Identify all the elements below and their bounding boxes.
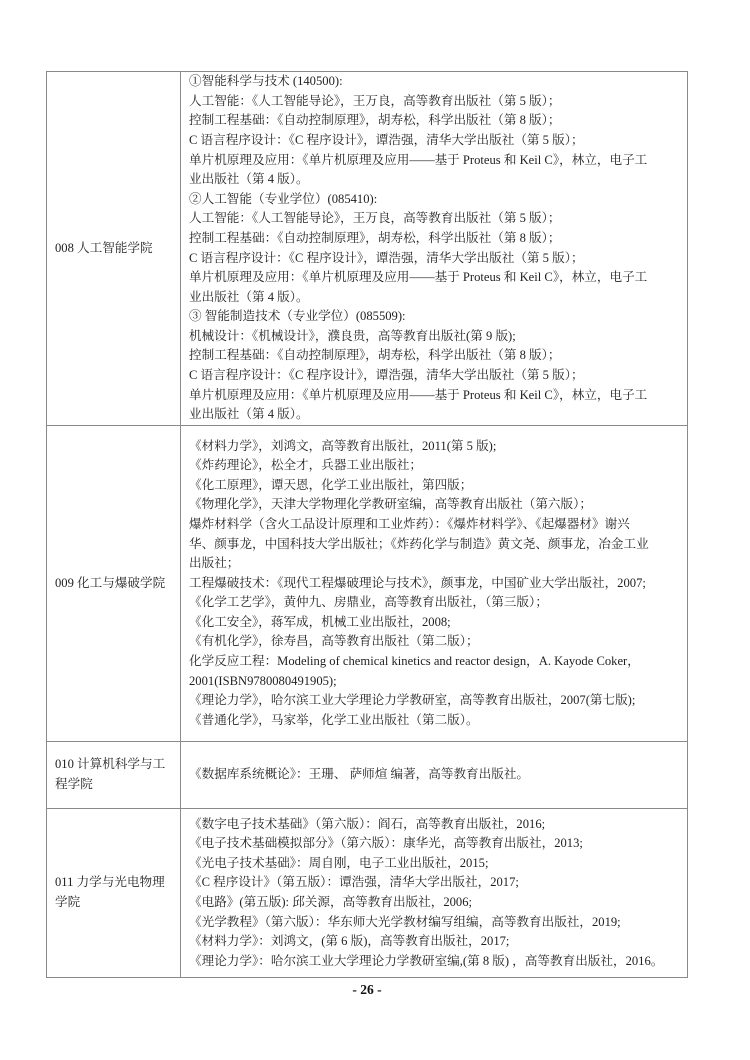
college-label-line: 009 化工与爆破学院 — [55, 574, 165, 594]
books-cell: ①智能科学与技术 (140500): 人工智能：《人工智能导论》，王万良，高等教… — [181, 72, 687, 425]
book-line: 人工智能：《人工智能导论》，王万良，高等教育出版社（第 5 版）； — [189, 92, 685, 112]
book-line: 控制工程基础：《自动控制原理》，胡寿松，科学出版社（第 8 版）； — [189, 229, 685, 249]
table-row: 008 人工智能学院 ①智能科学与技术 (140500): 人工智能：《人工智能… — [47, 72, 687, 425]
page-number: - 26 - — [46, 982, 688, 998]
books-cell: 《数据库系统概论》：王珊、 萨师煊 编著，高等教育出版社。 — [181, 742, 687, 808]
college-label: 010 计算机科学与工 程学院 — [55, 755, 165, 794]
book-line: 业出版社（第 4 版）。 — [189, 405, 685, 425]
college-cell: 010 计算机科学与工 程学院 — [47, 742, 181, 808]
table-row: 010 计算机科学与工 程学院 《数据库系统概论》：王珊、 萨师煊 编著，高等教… — [47, 741, 687, 808]
college-cell: 011 力学与光电物理 学院 — [47, 809, 181, 977]
books-cell: 《数字电子技术基础》（第六版）：阎石，高等教育出版社，2016; 《电子技术基础… — [181, 809, 687, 977]
reference-books-table: 008 人工智能学院 ①智能科学与技术 (140500): 人工智能：《人工智能… — [46, 71, 688, 978]
college-label: 009 化工与爆破学院 — [55, 574, 165, 594]
book-line: 单片机原理及应用：《单片机原理及应用——基于 Proteus 和 Keil C》… — [189, 268, 685, 288]
book-line: ③ 智能制造技术（专业学位）(085509): — [189, 307, 685, 327]
college-label-line: 011 力学与光电物理 — [55, 873, 165, 893]
book-line: C 语言程序设计：《C 程序设计》，谭浩强，清华大学出版社（第 5 版）； — [189, 131, 685, 151]
college-cell: 008 人工智能学院 — [47, 72, 181, 425]
college-label-line: 学院 — [55, 893, 165, 913]
books-cell: 《材料力学》，刘鸿文，高等教育出版社，2011(第 5 版); 《炸药理论》，松… — [181, 426, 687, 741]
book-line: 《材料力学》，刘鸿文，高等教育出版社，2011(第 5 版); — [189, 437, 685, 457]
book-line: 机械设计：《机械设计》，濮良贵，高等教育出版社(第 9 版); — [189, 327, 685, 347]
book-line: 《光电子技术基础》：周自刚，电子工业出版社，2015; — [189, 854, 685, 874]
book-line: 控制工程基础：《自动控制原理》，胡寿松，科学出版社（第 8 版）； — [189, 346, 685, 366]
book-line: 爆炸材料学（含火工品设计原理和工业炸药）：《爆炸材料学》、《起爆器材》谢兴 — [189, 515, 685, 535]
table-row: 009 化工与爆破学院 《材料力学》，刘鸿文，高等教育出版社，2011(第 5 … — [47, 425, 687, 741]
book-line: 单片机原理及应用：《单片机原理及应用——基于 Proteus 和 Keil C》… — [189, 151, 685, 171]
book-line: 2001(ISBN9780080491905); — [189, 672, 685, 692]
book-line: C 语言程序设计：《C 程序设计》，谭浩强，清华大学出版社（第 5 版）； — [189, 366, 685, 386]
college-label: 008 人工智能学院 — [55, 239, 153, 259]
book-line: ②人工智能（专业学位）(085410): — [189, 190, 685, 210]
college-cell: 009 化工与爆破学院 — [47, 426, 181, 741]
book-line: ①智能科学与技术 (140500): — [189, 72, 685, 92]
book-line: 《理论力学》，哈尔滨工业大学理论力学教研室，高等教育出版社，2007(第七版); — [189, 691, 685, 711]
book-line: 《理论力学》：哈尔滨工业大学理论力学教研室编,(第 8 版) ，高等教育出版社，… — [189, 952, 685, 972]
book-line: 人工智能：《人工智能导论》，王万良，高等教育出版社（第 5 版）； — [189, 209, 685, 229]
book-line: 《普通化学》，马家举，化学工业出版社（第二版）。 — [189, 711, 685, 731]
college-label-line: 010 计算机科学与工 — [55, 755, 165, 775]
book-line: 《电路》(第五版): 邱关源，高等教育出版社，2006; — [189, 893, 685, 913]
college-label-line: 程学院 — [55, 775, 165, 795]
book-line: 《化工原理》，谭天恩，化学工业出版社，第四版； — [189, 476, 685, 496]
book-line: 业出版社（第 4 版）。 — [189, 170, 685, 190]
book-line: 单片机原理及应用：《单片机原理及应用——基于 Proteus 和 Keil C》… — [189, 386, 685, 406]
book-line: 控制工程基础：《自动控制原理》，胡寿松，科学出版社（第 8 版）； — [189, 111, 685, 131]
book-line: 《化学工艺学》，黄仲九、房鼎业，高等教育出版社，（第三版）； — [189, 593, 685, 613]
book-line: 《C 程序设计》（第五版）：谭浩强，清华大学出版社，2017; — [189, 873, 685, 893]
book-line: 工程爆破技术：《现代工程爆破理论与技术》，颜事龙，中国矿业大学出版社，2007; — [189, 574, 685, 594]
table-row: 011 力学与光电物理 学院 《数字电子技术基础》（第六版）：阎石，高等教育出版… — [47, 808, 687, 977]
book-line: 《物理化学》，天津大学物理化学教研室编，高等教育出版社（第六版）； — [189, 495, 685, 515]
book-line: 《有机化学》，徐寿昌，高等教育出版社（第二版）； — [189, 632, 685, 652]
book-line: C 语言程序设计：《C 程序设计》，谭浩强，清华大学出版社（第 5 版）； — [189, 249, 685, 269]
book-line: 华、颜事龙，中国科技大学出版社；《炸药化学与制造》黄文尧、颜事龙，冶金工业 — [189, 535, 685, 555]
book-line: 《电子技术基础模拟部分》（第六版）：康华光，高等教育出版社，2013; — [189, 834, 685, 854]
book-line: 《材料力学》：刘鸿文，(第 6 版)，高等教育出版社，2017; — [189, 932, 685, 952]
book-line: 《数据库系统概论》：王珊、 萨师煊 编著，高等教育出版社。 — [189, 765, 685, 785]
document-page: 008 人工智能学院 ①智能科学与技术 (140500): 人工智能：《人工智能… — [0, 0, 750, 1060]
book-line: 化学反应工程：Modeling of chemical kinetics and… — [189, 652, 685, 672]
college-label: 011 力学与光电物理 学院 — [55, 873, 165, 912]
book-line: 《光学教程》（第六版）：华东师大光学教材编写组编，高等教育出版社，2019; — [189, 913, 685, 933]
college-label-line: 008 人工智能学院 — [55, 239, 153, 259]
book-line: 《化工安全》，蒋军成，机械工业出版社，2008; — [189, 613, 685, 633]
book-line: 《数字电子技术基础》（第六版）：阎石，高等教育出版社，2016; — [189, 815, 685, 835]
book-line: 《炸药理论》，松全才，兵器工业出版社； — [189, 456, 685, 476]
book-line: 业出版社（第 4 版）。 — [189, 288, 685, 308]
book-line: 出版社； — [189, 554, 685, 574]
